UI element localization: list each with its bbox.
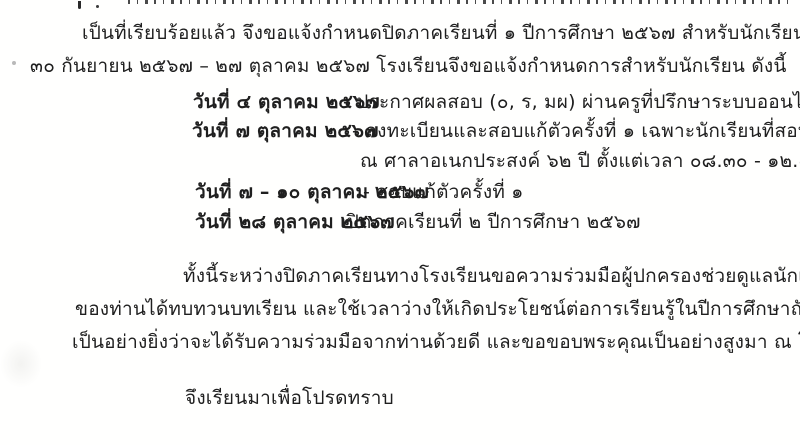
clipped-line-fragments <box>128 0 792 4</box>
schedule-row-3-detail: - สอบแก้ตัวครั้งที่ ๑ <box>363 179 524 205</box>
schedule-row-1-detail: - ประกาศผลสอบ (๐, ร, มผ) ผ่านครูที่ปรึกษ… <box>343 89 800 115</box>
clipped-line-fragment <box>78 1 81 9</box>
scan-smudge <box>0 340 42 388</box>
scan-speck <box>12 61 16 65</box>
intro-line-1: เป็นที่เรียบร้อยแล้ว จึงขอแจ้งกำหนดปิดภา… <box>82 20 800 46</box>
scanned-letter-page: เป็นที่เรียบร้อยแล้ว จึงขอแจ้งกำหนดปิดภา… <box>0 0 800 445</box>
signoff-line: จึงเรียนมาเพื่อโปรดทราบ <box>185 385 394 411</box>
outro-line-1: ทั้งนี้ระหว่างปิดภาคเรียนทางโรงเรียนขอคว… <box>183 263 800 289</box>
schedule-row-2-detail-continued: ณ ศาลาอเนกประสงค์ ๖๒ ปี ตั้งแต่เวลา ๐๘.๓… <box>360 148 800 174</box>
clipped-line-fragment <box>96 5 99 8</box>
schedule-row-2-date: วันที่ ๗ ตุลาคม ๒๕๖๗ <box>192 118 379 144</box>
outro-line-2: ของท่านได้ทบทวนบทเรียน และใช้เวลาว่างให้… <box>75 296 800 322</box>
intro-line-2: ๓๐ กันยายน ๒๕๖๗ – ๒๗ ตุลาคม ๒๕๖๗ โรงเรีย… <box>30 53 787 79</box>
outro-line-3: เป็นอย่างยิ่งว่าจะได้รับความร่วมมือจากท่… <box>72 329 800 355</box>
schedule-row-2-detail: - ลงทะเบียนและสอบแก้ตัวครั้งที่ ๑ เฉพาะน… <box>352 118 800 144</box>
schedule-row-4-detail: เปิดภาคเรียนที่ ๒ ปีการศึกษา ๒๕๖๗ <box>340 209 641 235</box>
